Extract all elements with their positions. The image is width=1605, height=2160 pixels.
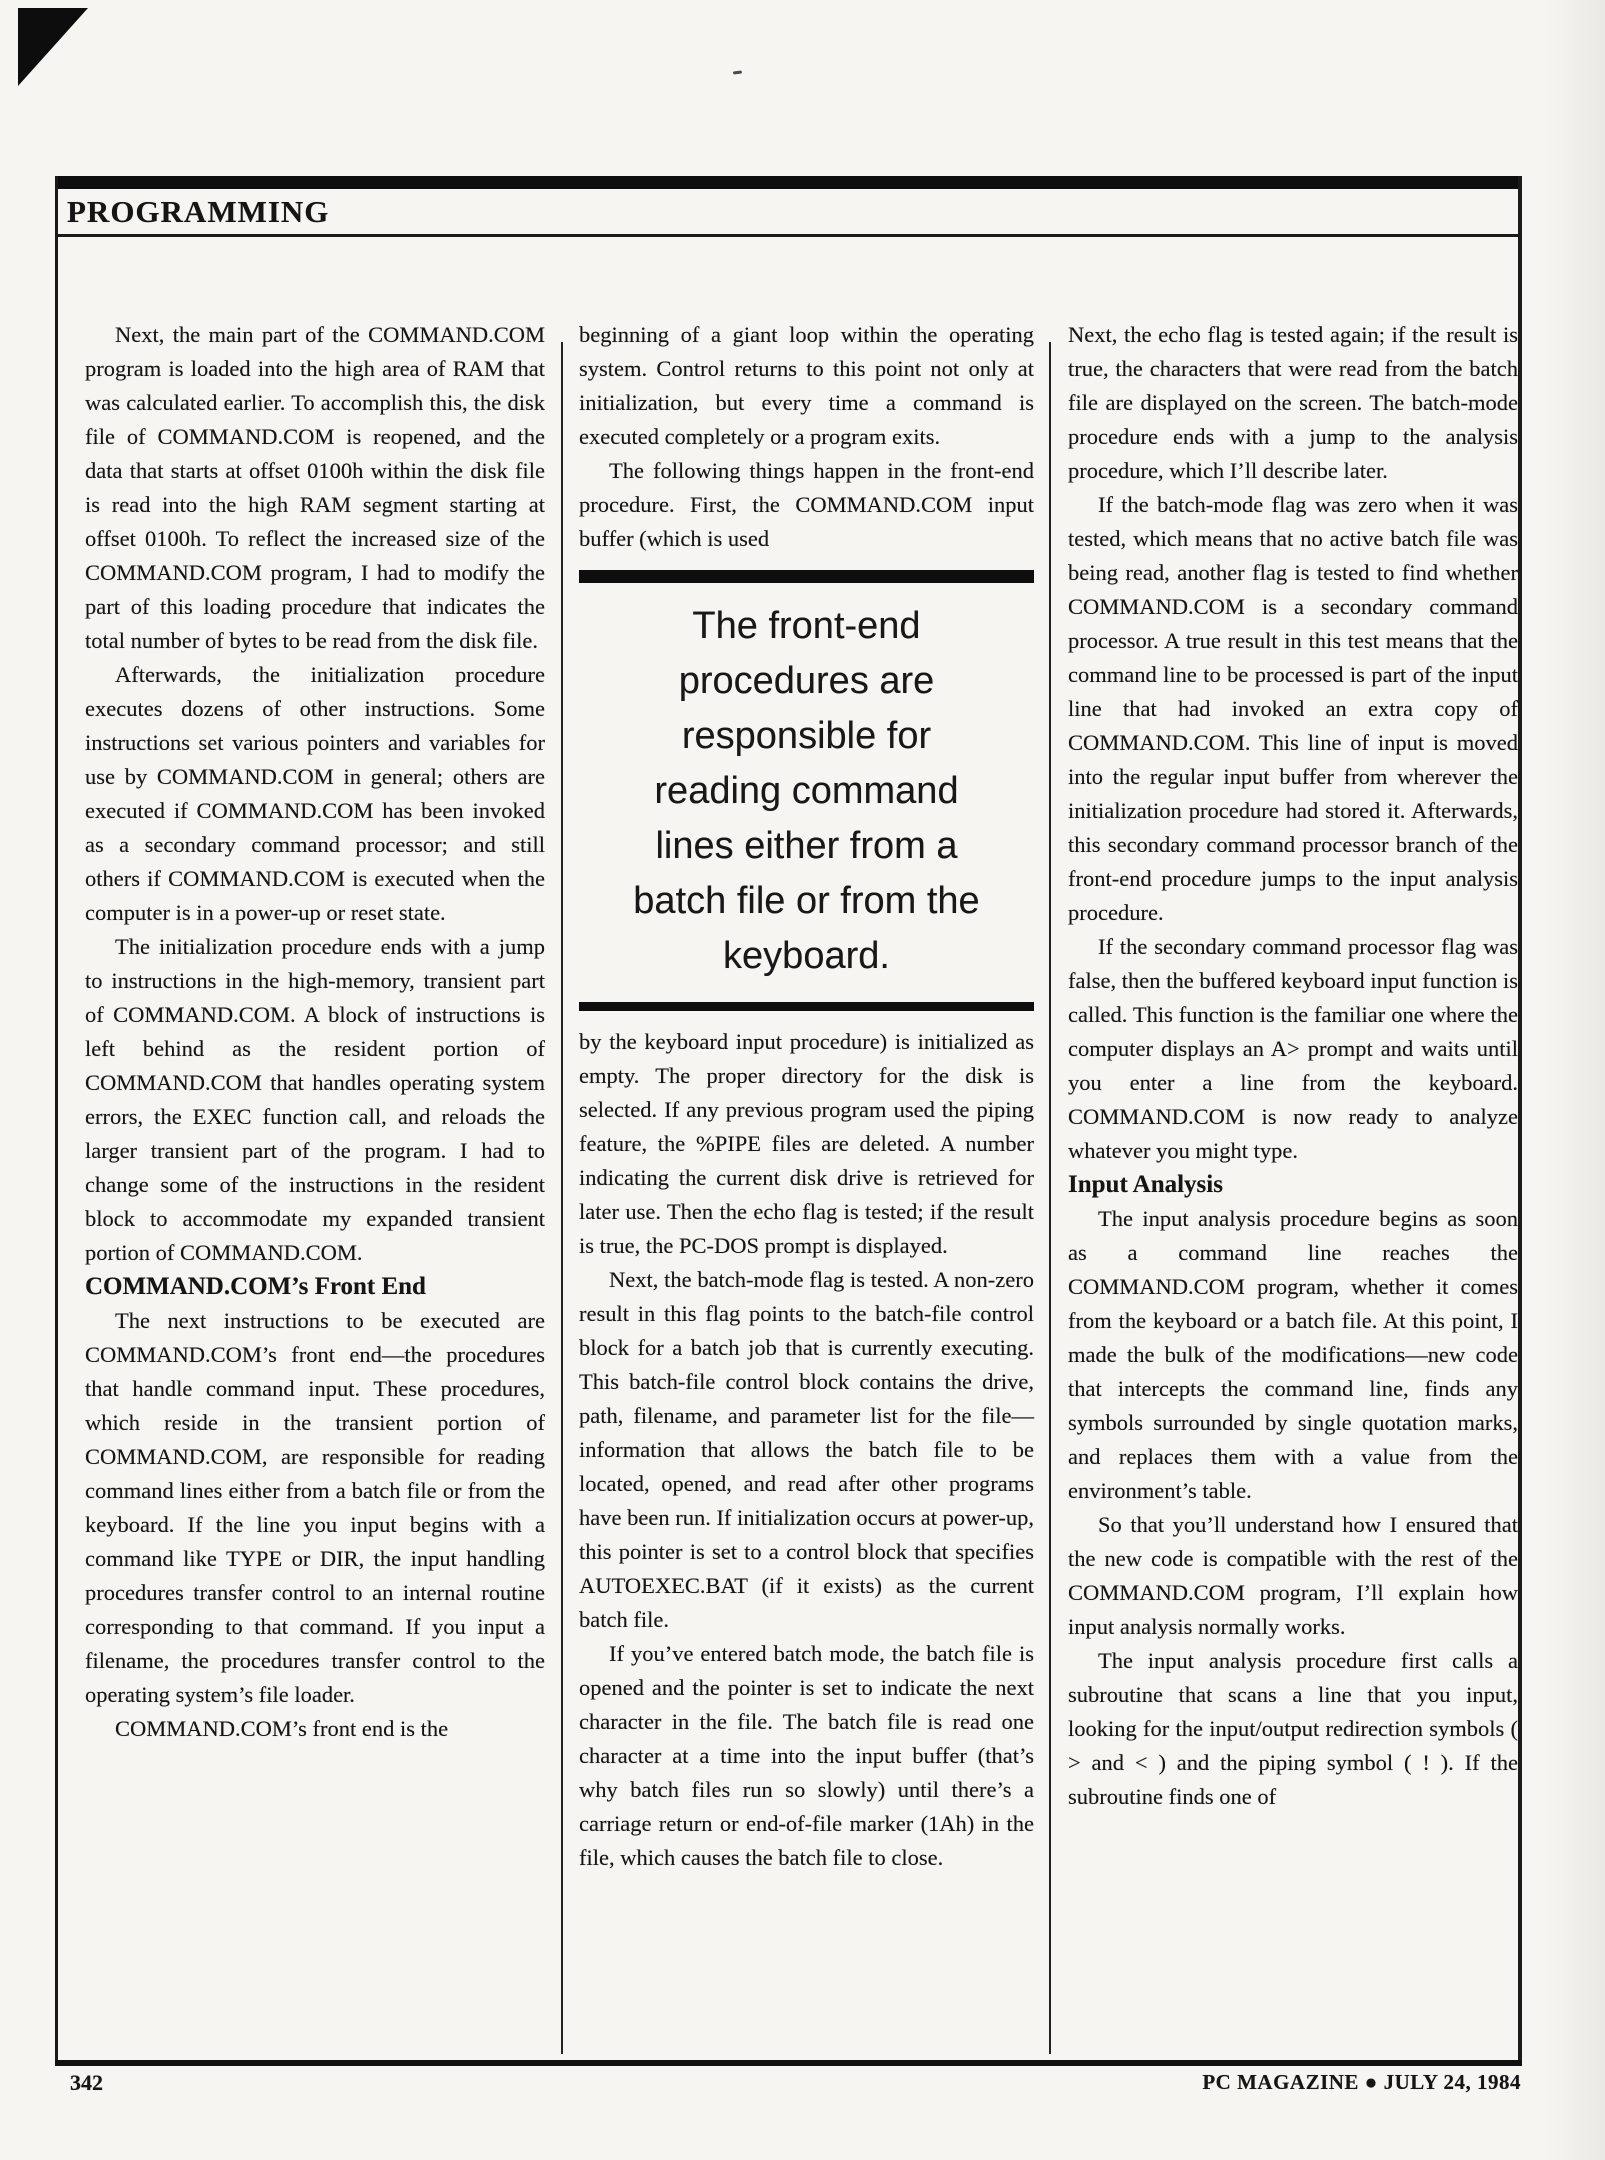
section-header: PROGRAMMING	[67, 194, 329, 230]
paragraph: beginning of a giant loop within the ope…	[579, 318, 1034, 454]
paragraph: If you’ve entered batch mode, the batch …	[579, 1637, 1034, 1875]
page-number: 342	[70, 2070, 103, 2096]
pull-quote-line: responsible for	[579, 709, 1034, 764]
paragraph: Afterwards, the initialization procedure…	[85, 658, 545, 930]
pull-quote-rule-top	[579, 570, 1034, 583]
column-divider-2	[1049, 342, 1051, 2054]
magazine-page: PROGRAMMING Next, the main part of the C…	[0, 0, 1605, 2160]
paragraph: COMMAND.COM’s front end is the	[85, 1712, 545, 1746]
page-border-right	[1518, 176, 1522, 2066]
page-border-left	[55, 176, 58, 2066]
pull-quote-line: batch file or from the	[579, 874, 1034, 929]
magazine-footer: PC MAGAZINE ● JULY 24, 1984	[1202, 2070, 1521, 2095]
pull-quote-line: lines either from a	[579, 819, 1034, 874]
paragraph: The next instructions to be executed are…	[85, 1304, 545, 1712]
pull-quote: The front-end procedures are responsible…	[579, 570, 1034, 1011]
corner-triangle-mark	[18, 8, 88, 86]
page-border-bottom	[55, 2060, 1522, 2066]
header-rule-thin	[55, 234, 1522, 237]
top-rule-thick	[55, 176, 1522, 189]
paragraph: The following things happen in the front…	[579, 454, 1034, 556]
scan-speck	[733, 70, 742, 74]
page-edge-shade	[1545, 0, 1605, 2160]
pull-quote-line: The front-end	[579, 599, 1034, 654]
paragraph: Next, the batch-mode flag is tested. A n…	[579, 1263, 1034, 1637]
paragraph: If the batch-mode flag was zero when it …	[1068, 488, 1518, 930]
subheading-input-analysis: Input Analysis	[1068, 1168, 1518, 1202]
pull-quote-line: keyboard.	[579, 929, 1034, 984]
column-divider-1	[561, 342, 563, 2054]
paragraph: The input analysis procedure begins as s…	[1068, 1202, 1518, 1508]
paragraph: by the keyboard input procedure) is init…	[579, 1025, 1034, 1263]
column-2: beginning of a giant loop within the ope…	[579, 318, 1034, 1875]
column-3: Next, the echo flag is tested again; if …	[1068, 318, 1518, 1814]
paragraph: Next, the main part of the COMMAND.COM p…	[85, 318, 545, 658]
paragraph: The initialization procedure ends with a…	[85, 930, 545, 1270]
column-1: Next, the main part of the COMMAND.COM p…	[85, 318, 545, 1746]
pull-quote-rule-bottom	[579, 1002, 1034, 1011]
paragraph: The input analysis procedure first calls…	[1068, 1644, 1518, 1814]
paragraph: If the secondary command processor flag …	[1068, 930, 1518, 1168]
pull-quote-line: reading command	[579, 764, 1034, 819]
paragraph: So that you’ll understand how I ensured …	[1068, 1508, 1518, 1644]
pull-quote-line: procedures are	[579, 654, 1034, 709]
paragraph: Next, the echo flag is tested again; if …	[1068, 318, 1518, 488]
subheading-front-end: COMMAND.COM’s Front End	[85, 1270, 545, 1304]
